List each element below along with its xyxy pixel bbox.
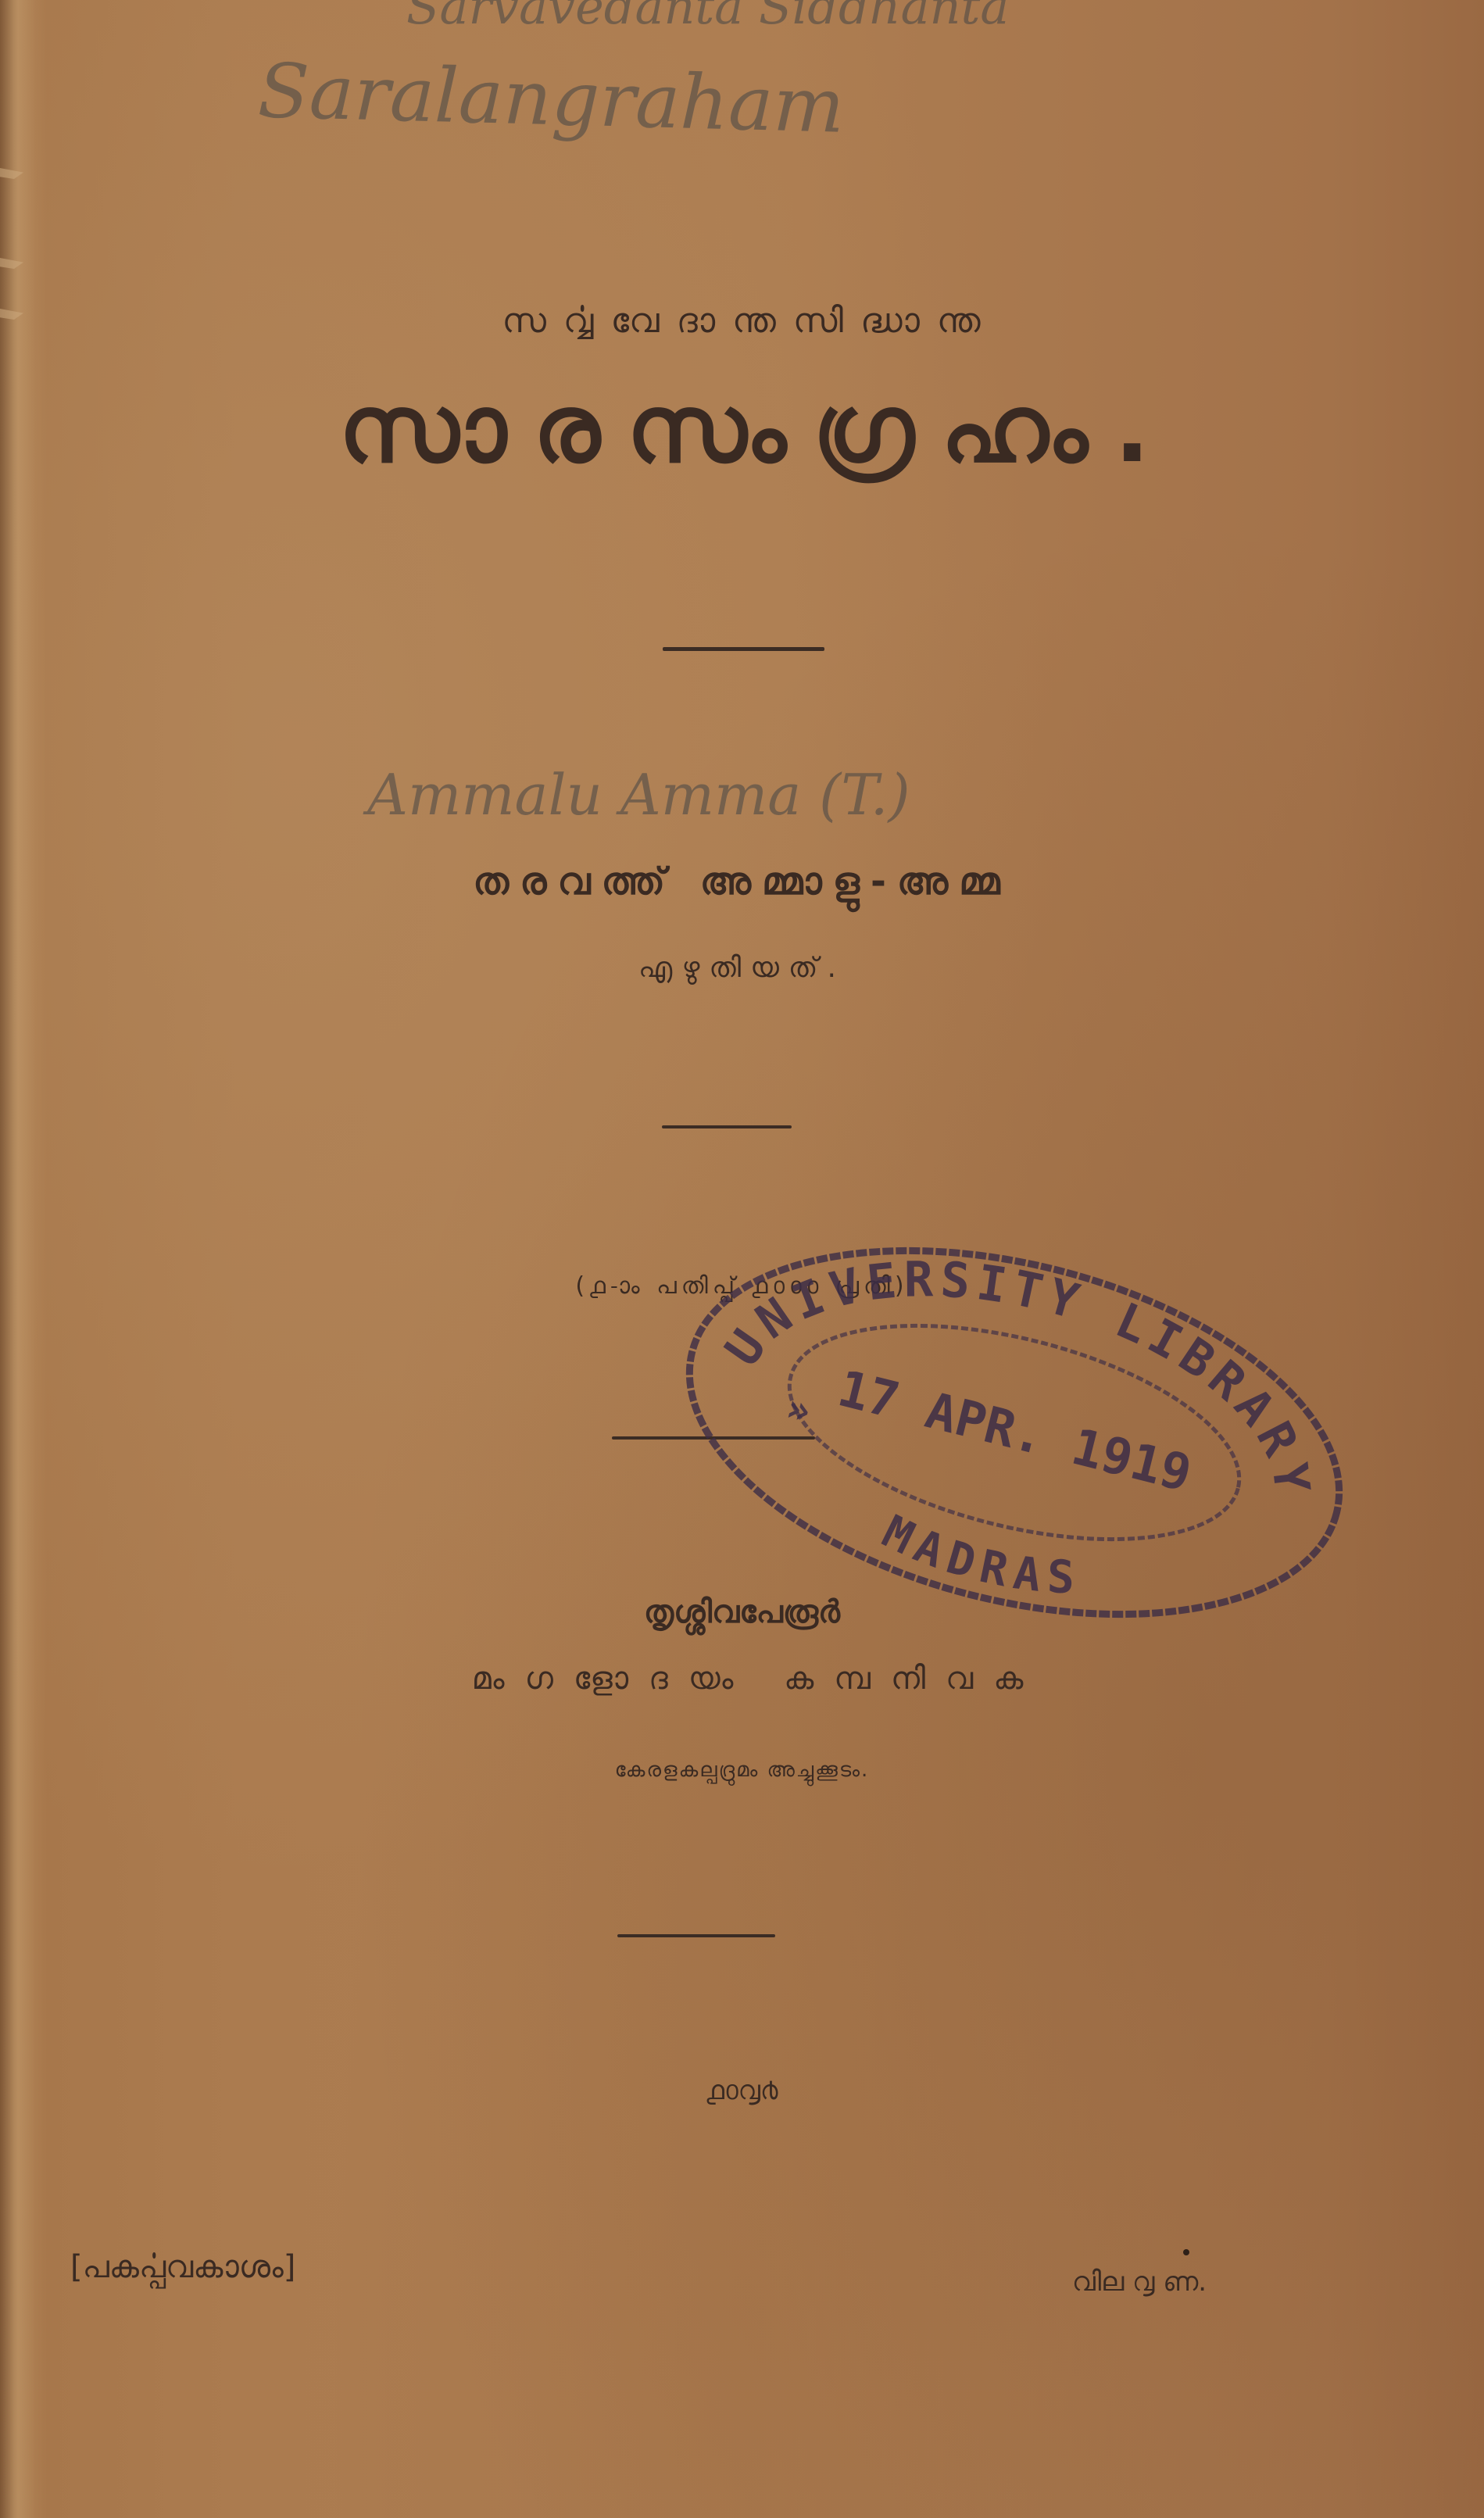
price-label: വില ൮ ണ.	[1072, 2266, 1207, 2298]
stamp-arrow-icon: »	[781, 1385, 815, 1435]
stamp-date: 17 APR. 1919	[832, 1360, 1197, 1504]
page-title: സാരസംഗ്രഹം.	[0, 375, 1484, 485]
handwritten-top-line: Sarvavedanta Siddhanta	[406, 0, 1009, 35]
stamp-top-text: UNIVERSITY LIBRARY	[709, 1191, 1360, 1515]
handwritten-author: Ammalu Amma (T.)	[367, 762, 910, 828]
publication-year: ൧൦൮൪	[0, 2075, 1484, 2106]
author-name: തരവത്ത് അമ്മാളു-അമ്മ	[0, 860, 1484, 904]
copyright-notice: [പകൎപ്പവകാശം]	[70, 2249, 295, 2285]
divider	[663, 647, 824, 651]
edition-line: (൧-ാം പതിപ്പ് ൧൦൦൦ പ്രതി)	[0, 1272, 1484, 1300]
ink-speck	[1183, 2249, 1189, 2255]
author-suffix: എഴുതിയത്.	[0, 952, 1484, 985]
divider	[612, 1436, 815, 1440]
divider	[617, 1934, 775, 1937]
handwritten-title: Saralangraham	[257, 47, 846, 150]
publisher-name: മംഗളോദയം കമ്പനിവക	[0, 1661, 1484, 1697]
place-name: തൃശ്ശിവപേരൂർ	[0, 1594, 1484, 1630]
divider	[662, 1125, 792, 1128]
subtitle: സൎവ്വവേദാന്തസിദ്ധാന്ത	[0, 301, 1484, 341]
book-title-page: Sarvavedanta Siddhanta Saralangraham സൎവ…	[0, 0, 1484, 2518]
press-name: കേരളകല്പദ്രുമം അച്ചുക്കൂടം.	[0, 1758, 1484, 1783]
